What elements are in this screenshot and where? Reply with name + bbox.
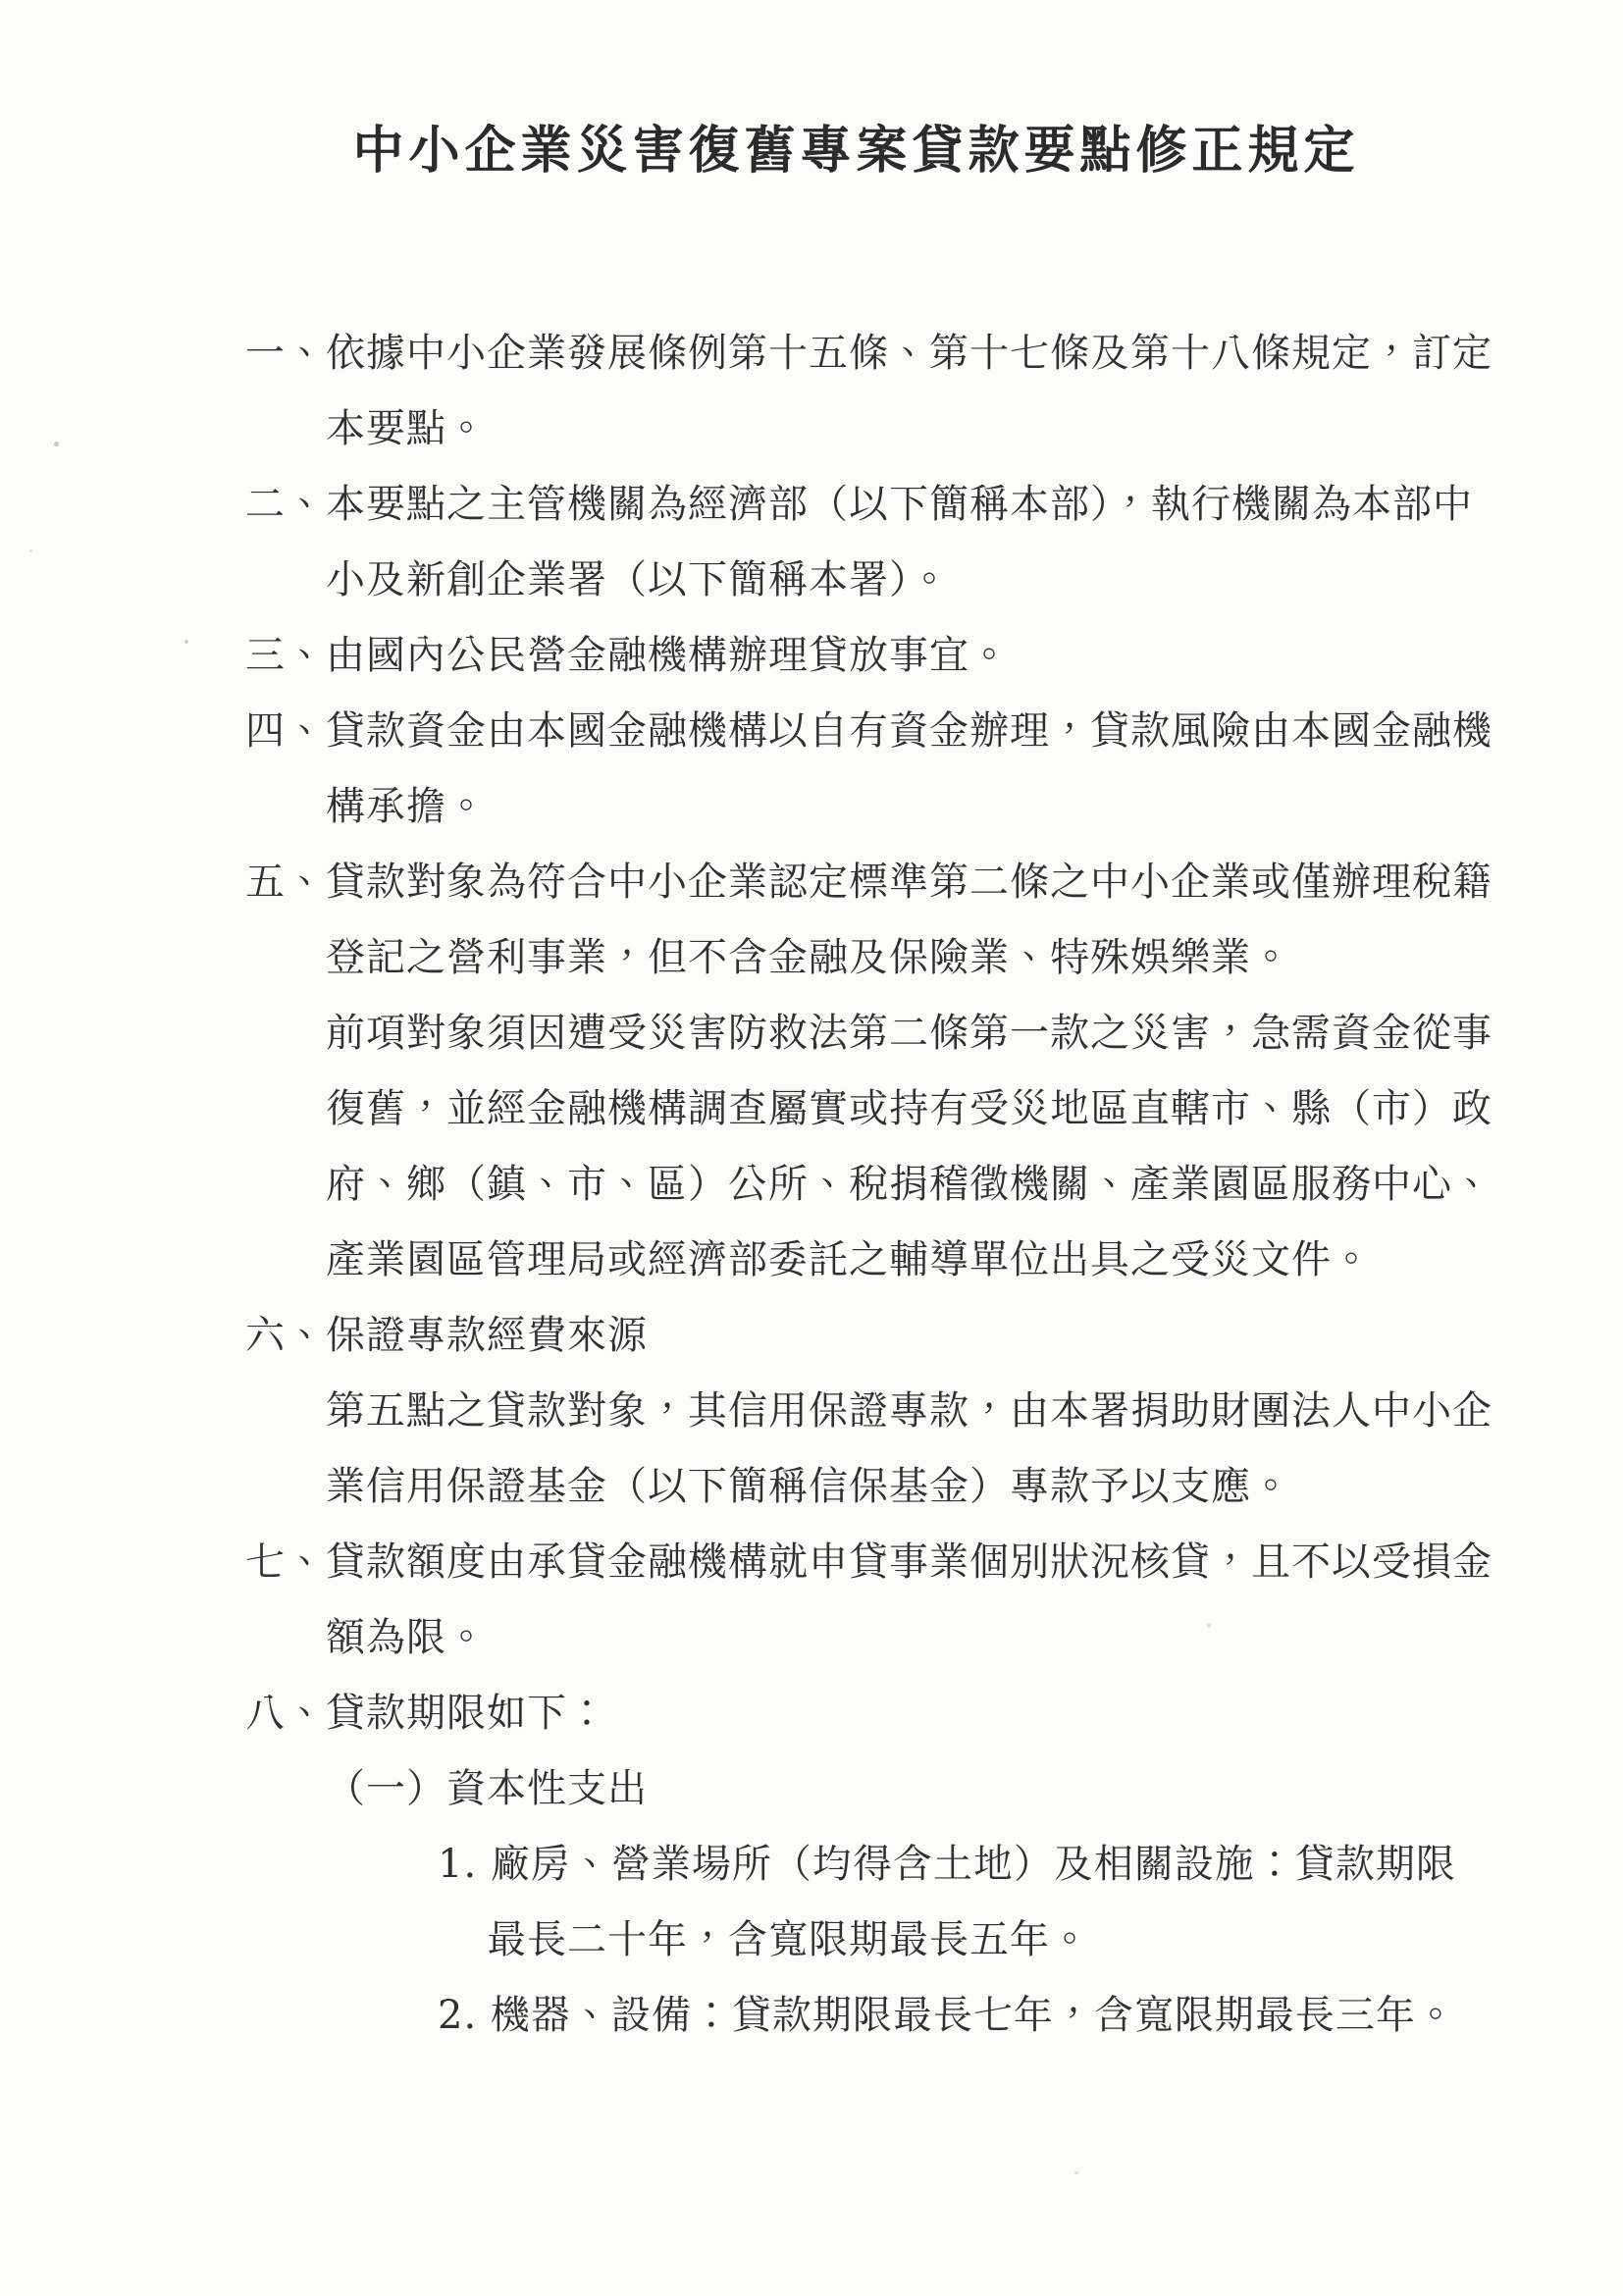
doc-line-item-1b: 本要點。	[245, 391, 1467, 467]
scan-speck	[184, 640, 188, 644]
doc-line-item-2a: 二、本要點之主管機關為經濟部（以下簡稱本部），執行機關為本部中	[245, 467, 1467, 543]
doc-line-item-2b: 小及新創企業署（以下簡稱本署）。	[245, 543, 1467, 618]
doc-line-item-4a: 四、貸款資金由本國金融機構以自有資金辦理，貸款風險由本國金融機	[245, 694, 1467, 769]
doc-line-item-6a: 六、保證專款經費來源	[245, 1298, 1467, 1374]
document-title: 中小企業災害復舊專案貸款要點修正規定	[245, 116, 1467, 186]
doc-line-item-7b: 額為限。	[245, 1600, 1467, 1676]
scan-speck	[54, 442, 59, 446]
doc-line-item-5e: 府、鄉（鎮、市、區）公所、稅捐稽徵機關、產業園區服務中心、	[245, 1147, 1467, 1223]
doc-line-item-4b: 構承擔。	[245, 769, 1467, 845]
doc-line-item-8-1-1a: 1. 廠房、營業場所（均得含土地）及相關設施：貸款期限	[245, 1827, 1467, 1903]
doc-line-item-1a: 一、依據中小企業發展條例第十五條、第十七條及第十八條規定，訂定	[245, 316, 1467, 391]
doc-line-item-8-1-2: 2. 機器、設備：貸款期限最長七年，含寬限期最長三年。	[245, 1978, 1467, 2054]
document-content: 中小企業災害復舊專案貸款要點修正規定 一、依據中小企業發展條例第十五條、第十七條…	[245, 116, 1467, 2054]
doc-line-item-5b: 登記之營利事業，但不含金融及保險業、特殊娛樂業。	[245, 920, 1467, 996]
doc-line-item-8: 八、貸款期限如下：	[245, 1676, 1467, 1751]
doc-line-item-5c: 前項對象須因遭受災害防救法第二條第一款之災害，急需資金從事	[245, 996, 1467, 1071]
doc-line-item-5a: 五、貸款對象為符合中小企業認定標準第二條之中小企業或僅辦理稅籍	[245, 845, 1467, 920]
doc-line-item-8-1: （一）資本性支出	[245, 1751, 1467, 1827]
scan-speck	[1074, 2171, 1078, 2174]
doc-line-item-5d: 復舊，並經金融機構調查屬實或持有受災地區直轄市、縣（市）政	[245, 1071, 1467, 1147]
document-page: 中小企業災害復舊專案貸款要點修正規定 一、依據中小企業發展條例第十五條、第十七條…	[0, 0, 1623, 2296]
scan-speck	[29, 549, 32, 552]
doc-line-item-6c: 業信用保證基金（以下簡稱信保基金）專款予以支應。	[245, 1449, 1467, 1525]
document-body: 一、依據中小企業發展條例第十五條、第十七條及第十八條規定，訂定 本要點。 二、本…	[245, 316, 1467, 2054]
doc-line-item-6b: 第五點之貸款對象，其信用保證專款，由本署捐助財團法人中小企	[245, 1374, 1467, 1449]
doc-line-item-5f: 產業園區管理局或經濟部委託之輔導單位出具之受災文件。	[245, 1223, 1467, 1298]
doc-line-item-7a: 七、貸款額度由承貸金融機構就申貸事業個別狀況核貸，且不以受損金	[245, 1525, 1467, 1600]
doc-line-item-3: 三、由國內公民營金融機構辦理貸放事宜。	[245, 618, 1467, 694]
doc-line-item-8-1-1b: 最長二十年，含寬限期最長五年。	[245, 1903, 1467, 1978]
